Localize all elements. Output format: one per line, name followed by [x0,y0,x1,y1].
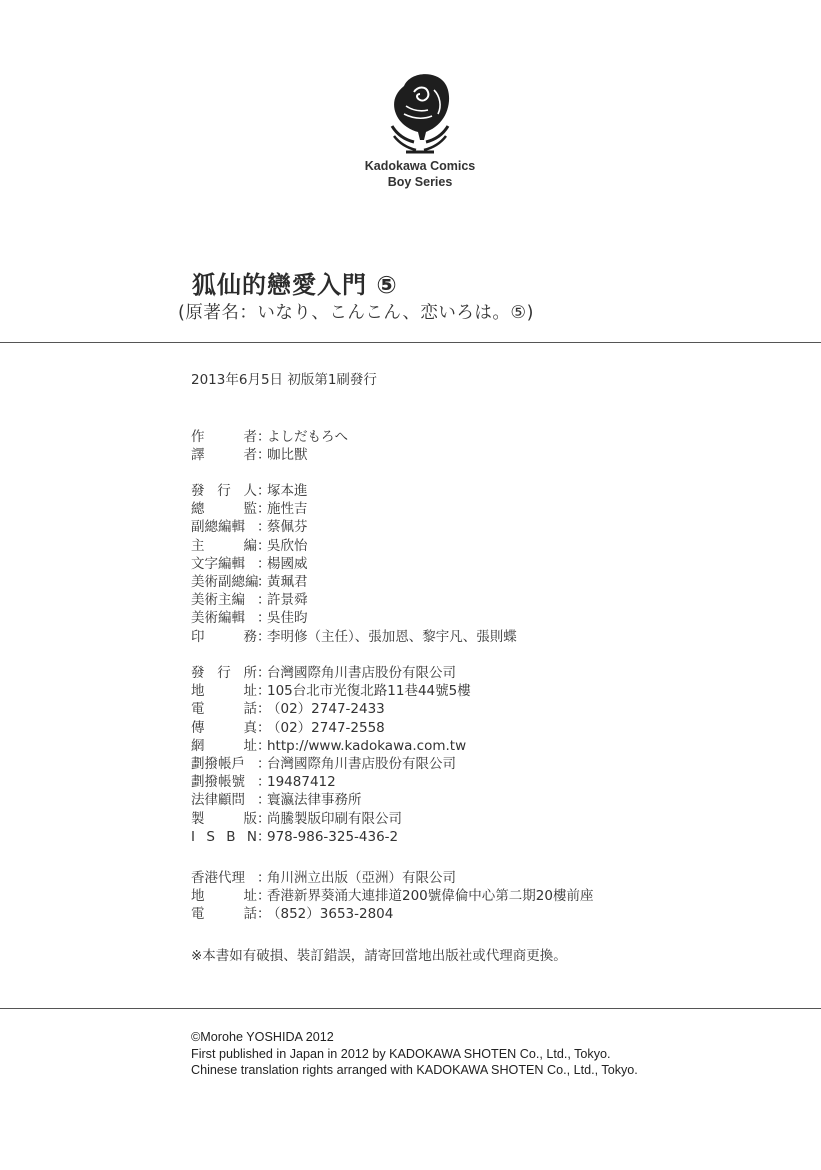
publisher-info: 發行所：台灣國際角川書店股份有限公司地址：105台北市光復北路11巷44號5樓電… [191,664,471,846]
credit-label-char: 譯 [191,446,205,464]
credit-separator: ： [257,609,267,627]
credit-value: 香港新界葵涌大連排道200號偉倫中心第二期20樓前座 [267,887,593,905]
credit-label: 作者 [191,428,257,446]
credit-row: 作者：よしだもろへ [191,428,348,446]
publisher-logo: Kadokawa Comics Boy Series [340,66,500,190]
credit-label-char: 副總編輯 [191,518,245,536]
credit-label: 劃撥帳號 [191,773,257,791]
credit-label-char: N [247,828,257,846]
credit-value: 978-986-325-436-2 [267,828,398,846]
credit-label: 製版 [191,810,257,828]
credit-value: 塚本進 [267,482,308,500]
credit-row: 美術主編：許景舜 [191,591,517,609]
credit-label-char: 總 [191,500,205,518]
credit-label-char: 印 [191,628,205,646]
credit-label-char: 發 [191,664,205,682]
credit-label-char: 製 [191,810,205,828]
credit-label-char: 傳 [191,719,205,737]
edition-date: 2013年6月5日 初版第1刷發行 [191,368,377,388]
credit-value: 咖比獸 [267,446,308,464]
book-title: 狐仙的戀愛入門 ⑤ [192,265,398,300]
credit-separator: ： [257,887,267,905]
credit-row: 法律顧問：寰瀛法律事務所 [191,791,471,809]
credit-row: 製版：尚騰製版印刷有限公司 [191,810,471,828]
credit-row: 發行人：塚本進 [191,482,517,500]
credit-value: 吳欣怡 [267,537,308,555]
credit-separator: ： [257,737,267,755]
credit-label: 美術編輯 [191,609,257,627]
credit-separator: ： [257,591,267,609]
credit-separator: ： [257,719,267,737]
credit-label: 文字編輯 [191,555,257,573]
credit-row: 印務：李明修（主任）、張加恩、黎宇凡、張則蝶 [191,628,517,646]
credit-value: よしだもろへ [267,428,348,446]
copyright-block: ©Morohe YOSHIDA 2012 First published in … [191,1029,638,1079]
credit-row: 香港代理：角川洲立出版（亞洲）有限公司 [191,869,593,887]
credit-label-char: 美術主編 [191,591,245,609]
credit-separator: ： [257,682,267,700]
credit-row: 發行所：台灣國際角川書店股份有限公司 [191,664,471,682]
credit-label: 電話 [191,905,257,923]
credit-value: 角川洲立出版（亞洲）有限公司 [267,869,456,887]
credit-row: 美術編輯：吳佳昀 [191,609,517,627]
credit-label: 主編 [191,537,257,555]
credit-label-char: 劃撥帳戶 [191,755,245,773]
credit-label-char: 香港代理 [191,869,245,887]
credit-label-char: 行 [217,482,231,500]
credit-label-char: 電 [191,905,205,923]
credit-label-char: 址 [244,682,258,700]
credit-row: 美術副總編：黃珮君 [191,573,517,591]
top-divider [0,342,821,343]
credit-separator: ： [257,628,267,646]
credit-label-char: 作 [191,428,205,446]
credit-separator: ： [257,573,267,591]
credit-row: 副總編輯：蔡佩芬 [191,518,517,536]
credit-label-char: 址 [244,737,258,755]
credit-separator: ： [257,446,267,464]
original-title: (原著名：いなり、こんこん、恋いろは。⑤) [178,299,534,324]
credit-label-char: B [226,828,235,846]
credit-value: 台灣國際角川書店股份有限公司 [267,664,456,682]
credit-label: 總監 [191,500,257,518]
credit-value: （02）2747-2433 [267,700,385,718]
copyright-line: First published in Japan in 2012 by KADO… [191,1046,638,1063]
credit-label-char: 文字編輯 [191,555,245,573]
hk-agent-info: 香港代理：角川洲立出版（亞洲）有限公司地址：香港新界葵涌大連排道200號偉倫中心… [191,869,593,924]
credit-row: 電話：（852）3653-2804 [191,905,593,923]
credit-label: 網址 [191,737,257,755]
credit-value: 李明修（主任）、張加恩、黎宇凡、張則蝶 [267,628,517,646]
credit-value: 許景舜 [267,591,308,609]
credit-label-char: 電 [191,700,205,718]
credit-label-char: 所 [244,664,258,682]
credit-row: 地址：香港新界葵涌大連排道200號偉倫中心第二期20樓前座 [191,887,593,905]
credit-value: （02）2747-2558 [267,719,385,737]
credit-label: 發行所 [191,664,257,682]
credit-label: 法律顧問 [191,791,257,809]
credit-label: 傳真 [191,719,257,737]
credit-label-char: 話 [244,700,258,718]
credit-label: 美術副總編 [191,573,257,591]
credit-separator: ： [257,869,267,887]
copyright-line: ©Morohe YOSHIDA 2012 [191,1029,638,1046]
credit-separator: ： [257,828,267,846]
logo-line-1: Kadokawa Comics [340,158,500,174]
credit-label-char: 版 [244,810,258,828]
credit-label-char: 美術副總編 [191,573,259,591]
credit-value: 蔡佩芬 [267,518,308,536]
credit-value: 楊國威 [267,555,308,573]
credit-label: 地址 [191,887,257,905]
credit-row: 劃撥帳戶：台灣國際角川書店股份有限公司 [191,755,471,773]
credit-row: ISBN：978-986-325-436-2 [191,828,471,846]
credit-value: http://www.kadokawa.com.tw [267,737,466,755]
credits-authors: 作者：よしだもろへ譯者：咖比獸 [191,428,348,464]
credit-label-char: 美術編輯 [191,609,245,627]
credit-label-char: 劃撥帳號 [191,773,245,791]
credit-separator: ： [257,810,267,828]
credit-row: 電話：（02）2747-2433 [191,700,471,718]
copyright-line: Chinese translation rights arranged with… [191,1062,638,1079]
credit-label-char: 地 [191,682,205,700]
credit-row: 劃撥帳號：19487412 [191,773,471,791]
credit-value: 19487412 [267,773,336,791]
credit-label-char: 監 [244,500,258,518]
credit-label: 劃撥帳戶 [191,755,257,773]
credit-label: 地址 [191,682,257,700]
credit-label-char: S [206,828,215,846]
credit-label-char: 主 [191,537,205,555]
credit-label-char: 者 [244,428,258,446]
credit-separator: ： [257,700,267,718]
credit-label-char: 地 [191,887,205,905]
credit-label-char: 人 [244,482,258,500]
credit-row: 網址：http://www.kadokawa.com.tw [191,737,471,755]
credit-label-char: 法律顧問 [191,791,245,809]
credit-row: 總監：施性吉 [191,500,517,518]
credit-label-char: 話 [244,905,258,923]
credit-value: 尚騰製版印刷有限公司 [267,810,402,828]
credit-label-char: 務 [244,628,258,646]
phoenix-emblem-icon [384,66,456,158]
credit-value: 黃珮君 [267,573,308,591]
credit-label-char: 發 [191,482,205,500]
credit-label-char: 編 [244,537,258,555]
credit-separator: ： [257,500,267,518]
credit-label-char: 網 [191,737,205,755]
bottom-divider [0,1008,821,1009]
credit-label: 譯者 [191,446,257,464]
credit-label: 電話 [191,700,257,718]
credit-row: 主編：吳欣怡 [191,537,517,555]
credit-label: 發行人 [191,482,257,500]
credit-row: 傳真：（02）2747-2558 [191,719,471,737]
credit-value: 施性吉 [267,500,308,518]
credit-label-char: 址 [244,887,258,905]
credit-value: 105台北市光復北路11巷44號5樓 [267,682,471,700]
credit-label: ISBN [191,828,257,846]
credit-separator: ： [257,664,267,682]
credit-separator: ： [257,518,267,536]
credit-value: 台灣國際角川書店股份有限公司 [267,755,456,773]
credit-label-char: 者 [244,446,258,464]
credit-label: 香港代理 [191,869,257,887]
credit-label: 美術主編 [191,591,257,609]
credits-staff: 發行人：塚本進總監：施性吉副總編輯：蔡佩芬主編：吳欣怡文字編輯：楊國威美術副總編… [191,482,517,646]
credit-row: 文字編輯：楊國威 [191,555,517,573]
credit-separator: ： [257,428,267,446]
credit-label-char: 真 [244,719,258,737]
logo-line-2: Boy Series [340,174,500,190]
credit-label-char: 行 [217,664,231,682]
credit-separator: ： [257,773,267,791]
credit-label-char: I [191,828,195,846]
credit-row: 地址：105台北市光復北路11巷44號5樓 [191,682,471,700]
credit-label: 印務 [191,628,257,646]
credit-separator: ： [257,755,267,773]
credit-separator: ： [257,905,267,923]
credit-separator: ： [257,537,267,555]
credit-row: 譯者：咖比獸 [191,446,348,464]
replacement-notice: ※本書如有破損、裝訂錯誤，請寄回當地出版社或代理商更換。 [191,944,567,964]
credit-label: 副總編輯 [191,518,257,536]
credit-separator: ： [257,791,267,809]
credit-separator: ： [257,555,267,573]
credit-separator: ： [257,482,267,500]
credit-value: 吳佳昀 [267,609,308,627]
credit-value: 寰瀛法律事務所 [267,791,362,809]
credit-value: （852）3653-2804 [267,905,393,923]
